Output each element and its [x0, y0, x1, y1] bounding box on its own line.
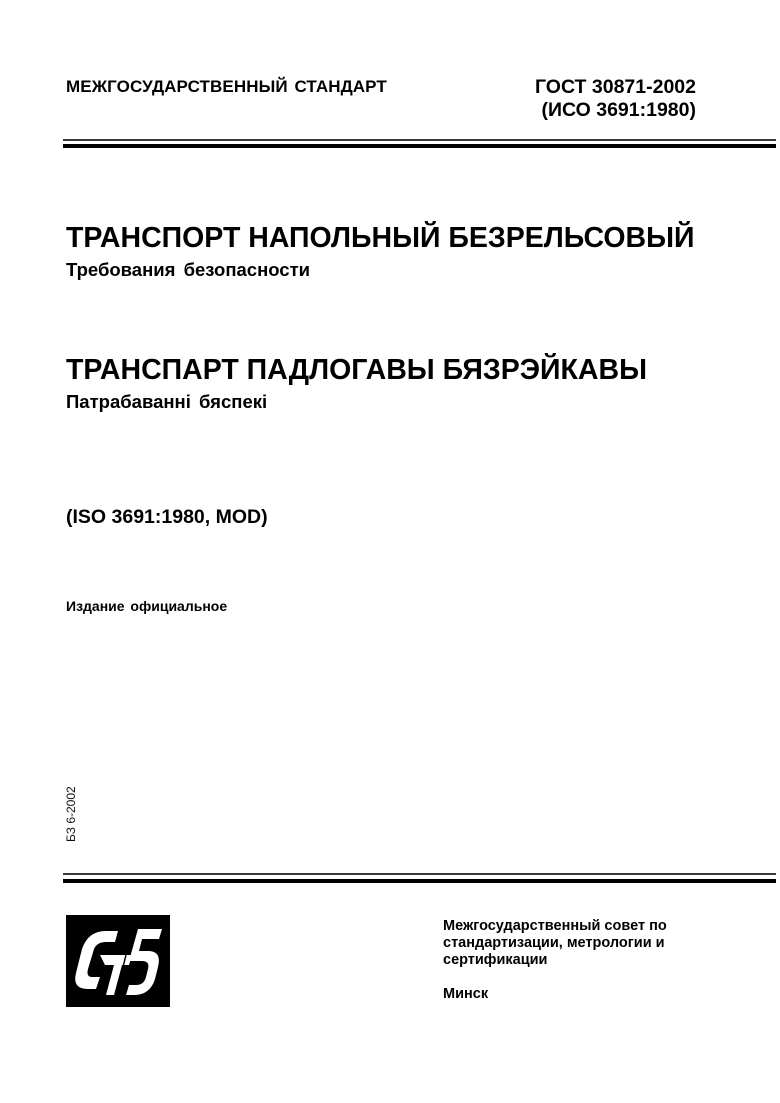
title-russian: ТРАНСПОРТ НАПОЛЬНЫЙ БЕЗРЕЛЬСОВЫЙ: [66, 222, 695, 255]
publisher-line: Межгосударственный совет по: [443, 918, 743, 935]
iso-reference: (ISO 3691:1980, MOD): [66, 506, 268, 529]
top-divider-thick: [63, 144, 776, 148]
title-belarusian: ТРАНСПАРТ ПАДЛОГАВЫ БЯЗРЭЙКАВЫ: [66, 354, 647, 387]
subtitle-russian: Требования безопасности: [66, 259, 310, 281]
subtitle-belarusian: Патрабаванні бяспекі: [66, 391, 267, 413]
publisher-name: Межгосударственный совет по стандартизац…: [443, 918, 743, 969]
standard-designation: ГОСТ 30871-2002 (ИСО 3691:1980): [500, 76, 696, 122]
bottom-divider-thin: [63, 873, 776, 875]
edition-label: Издание официальное: [66, 598, 227, 614]
top-divider-thin: [63, 139, 776, 141]
side-code: БЗ 6-2002: [64, 786, 78, 842]
iso-equivalent: (ИСО 3691:1980): [500, 99, 696, 122]
publisher-line: сертификации: [443, 952, 743, 969]
publisher-city: Минск: [443, 986, 488, 1002]
publisher-line: стандартизации, метрологии и: [443, 935, 743, 952]
standard-category: МЕЖГОСУДАРСТВЕННЫЙ СТАНДАРТ: [66, 77, 387, 97]
bottom-divider-thick: [63, 879, 776, 883]
sb-logo-icon: [66, 915, 170, 1007]
standard-number: ГОСТ 30871-2002: [500, 76, 696, 99]
sb-logo-glyph: [66, 915, 170, 1007]
